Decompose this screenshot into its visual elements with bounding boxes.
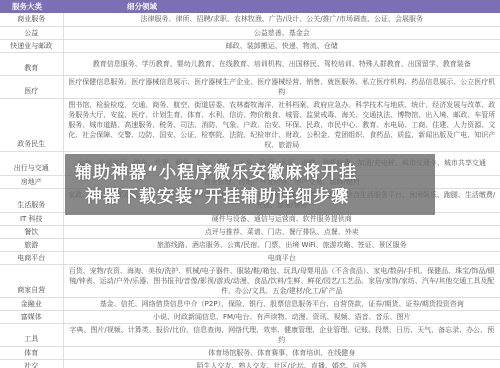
- category-cell: 金融业: [0, 297, 63, 310]
- table-row: 富媒体 小说、时政新闻信息、FM/电台、有声读物、动漫、资讯、视频、语音、音乐、…: [0, 310, 500, 323]
- table-row: 快递业与邮政 邮政、装卸搬运、快递、物流、仓储: [0, 39, 500, 52]
- category-cell: 商业服务: [0, 13, 63, 26]
- header-detail: 细分领域: [63, 0, 500, 13]
- table-row: 金融业 基金、信托、网络借贷信息中介（P2P）、保险、银行、股票信息服务平台、自…: [0, 297, 500, 310]
- category-cell: 餐饮: [0, 225, 63, 238]
- detail-cell: 法律服务、律所、招聘/求职、农林牧渔、广告/设计、公关/推广/市场调查、公证、会…: [63, 13, 500, 26]
- detail-cell: 邮政、装卸搬运、快递、物流、仓储: [63, 39, 500, 52]
- table-row: 商业服务 法律服务、律所、招聘/求职、农林牧渔、广告/设计、公关/推广/市场调查…: [0, 13, 500, 26]
- table-row: 政务民生 图书馆、检验检疫、交通、商务、航空、街道居委、农林畜牧海洋、社科档案、…: [0, 98, 500, 151]
- header-category: 服务大类: [0, 0, 63, 13]
- table-header-row: 服务大类 细分领域: [0, 0, 500, 13]
- table-row: 体育 体育场馆服务、体育赛事、体育培训、在线健身: [0, 346, 500, 359]
- category-cell: 电商平台: [0, 251, 63, 264]
- detail-cell: 陌生人交友、熟人交友、社区/论坛、直播、婚恋、问答: [63, 359, 500, 368]
- table-row: 教育 教育信息服务、学历教育、婴幼儿教育、在线教育、培训机构、出国移民、驾校培训…: [0, 52, 500, 75]
- detail-cell: 教育信息服务、学历教育、婴幼儿教育、在线教育、培训机构、出国移民、驾校培训、特殊…: [63, 52, 500, 75]
- category-cell: 生活服务: [0, 188, 63, 212]
- detail-cell: 医疗保健信息服务、医疗器械信息展示、医疗器械生产企业、医疗器械经营、销售、就医服…: [63, 75, 500, 98]
- category-cell: 体育: [0, 346, 63, 359]
- category-cell: 快递业与邮政: [0, 39, 63, 52]
- detail-cell: 公益慈善、基金会: [63, 26, 500, 39]
- table-row: 工具 字典、图片/视频、计算类、报价/比价、信息查询、网络代理、效率、健康管理、…: [0, 323, 500, 346]
- table-row: 电商平台 电商平台: [0, 251, 500, 264]
- overlay-title-line-2: 神器下载安装”开挂辅助详细步骤: [75, 185, 435, 209]
- detail-cell: 百货、宠物/农资、海淘、美妆/洗护、机械/电子器件、服装/鞋/箱包、玩具/母婴用…: [63, 264, 500, 297]
- table-row: 餐饮 点评与推荐、菜谱、门店、餐厅排队、点餐、外卖: [0, 225, 500, 238]
- overlay-title-line-1: 辅助神器“小程序微乐安徽麻将开挂: [75, 161, 435, 185]
- category-cell: IT 科技: [0, 212, 63, 225]
- detail-cell: 体育场馆服务、体育赛事、体育培训、在线健身: [63, 346, 500, 359]
- table-row: 医疗 医疗保健信息服务、医疗器械信息展示、医疗器械生产企业、医疗器械经营、销售、…: [0, 75, 500, 98]
- category-cell: 旅游: [0, 238, 63, 251]
- detail-cell: 小说、时政新闻信息、FM/电台、有声读物、动漫、资讯、视频、语音、音乐、图片: [63, 310, 500, 323]
- detail-cell: 电商平台: [63, 251, 500, 264]
- detail-cell: 字典、图片/视频、计算类、报价/比价、信息查询、网络代理、效率、健康管理、企业管…: [63, 323, 500, 346]
- category-cell: 富媒体: [0, 310, 63, 323]
- table-row: 旅游 旅游线路、酒店服务、公寓/民宿、门票、出境 WiFi、旅游攻略、签证、景区…: [0, 238, 500, 251]
- category-cell: 医疗: [0, 75, 63, 98]
- table-row: 商家自营 百货、宠物/农资、海淘、美妆/洗护、机械/电子器件、服装/鞋/箱包、玩…: [0, 264, 500, 297]
- category-cell: 商家自营: [0, 264, 63, 297]
- detail-cell: 基金、信托、网络借贷信息中介（P2P）、保险、银行、股票信息服务平台、自营贷款、…: [63, 297, 500, 310]
- table-row: 公益 公益慈善、基金会: [0, 26, 500, 39]
- table-row: 社交 陌生人交友、熟人交友、社区/论坛、直播、婚恋、问答: [0, 359, 500, 368]
- category-cell: 政务民生: [0, 98, 63, 151]
- category-cell: 社交: [0, 359, 63, 368]
- detail-cell: 点评与推荐、菜谱、门店、餐厅排队、点餐、外卖: [63, 225, 500, 238]
- category-cell: 出行与交通: [0, 151, 63, 175]
- detail-cell: 图书馆、检验检疫、交通、商务、航空、街道居委、农林畜牧海洋、社科档案、政府应急办…: [63, 98, 500, 151]
- category-cell: 教育: [0, 52, 63, 75]
- category-cell: 公益: [0, 26, 63, 39]
- category-cell: 工具: [0, 323, 63, 346]
- category-cell: 房地产: [0, 175, 63, 188]
- detail-cell: 旅游线路、酒店服务、公寓/民宿、门票、出境 WiFi、旅游攻略、签证、景区服务: [63, 238, 500, 251]
- title-overlay-banner: 辅助神器“小程序微乐安徽麻将开挂 神器下载安装”开挂辅助详细步骤: [65, 154, 435, 215]
